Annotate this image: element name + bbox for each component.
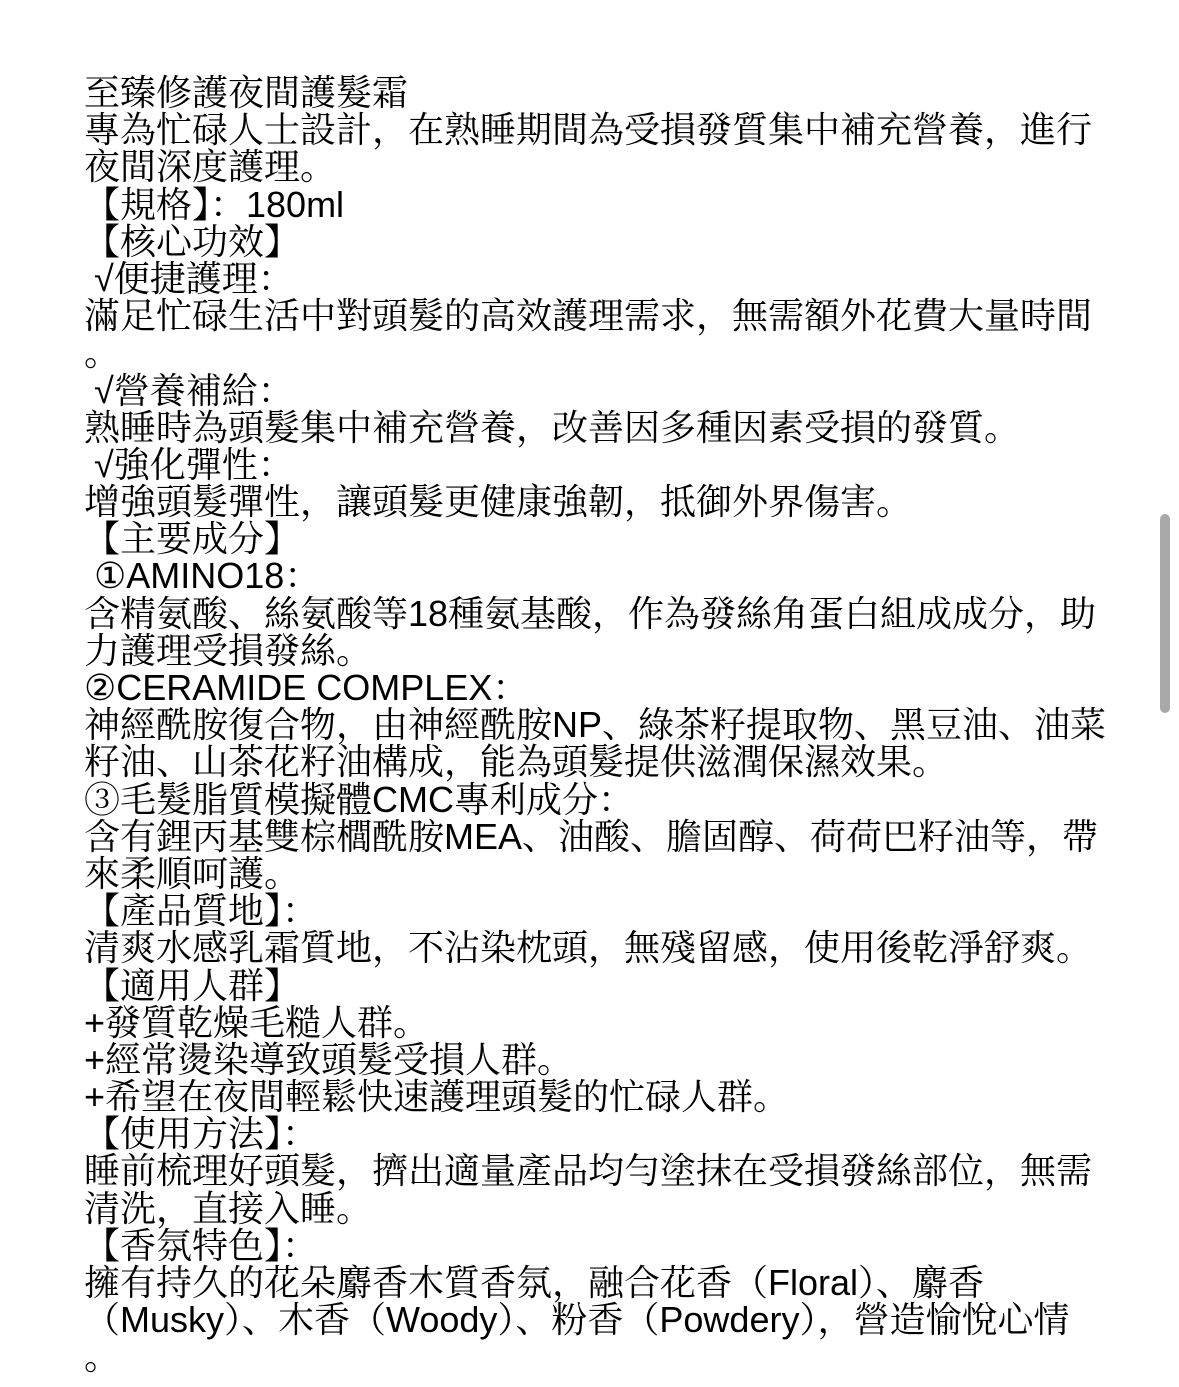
- text-line: 【適用人群】: [84, 967, 1129, 1004]
- text-line: 清爽水感乳霜質地，不沾染枕頭，無殘留感，使用後乾淨舒爽。: [84, 929, 1129, 966]
- product-description-page: 至臻修護夜間護髮霜專為忙碌人士設計，在熟睡期間為受損發質集中補充營養，進行夜間深…: [0, 0, 1179, 1387]
- text-line: 。: [84, 334, 1129, 371]
- text-line: 。: [84, 1338, 1129, 1375]
- text-line: （Musky）、木香（Woody）、粉香（Powdery），營造愉悅心情: [84, 1301, 1129, 1338]
- text-line: 夜間深度護理。: [84, 148, 1129, 185]
- text-line: 【核心功效】: [84, 223, 1129, 260]
- text-line: 至臻修護夜間護髮霜: [84, 74, 1129, 111]
- text-line: 【使用方法】：: [84, 1115, 1129, 1152]
- text-line: √便捷護理：: [84, 260, 1129, 297]
- text-line: 籽油、山茶花籽油構成，能為頭髮提供滋潤保濕效果。: [84, 743, 1129, 780]
- text-line: 神經酰胺復合物，由神經酰胺NP、綠茶籽提取物、黑豆油、油菜: [84, 706, 1129, 743]
- text-line: 增強頭髮彈性，讓頭髮更健康強韌，抵御外界傷害。: [84, 483, 1129, 520]
- text-line: 來柔順呵護。: [84, 855, 1129, 892]
- text-line: ①AMINO18：: [84, 557, 1129, 594]
- text-line: 【主要成分】: [84, 520, 1129, 557]
- text-line: 【規格】：180ml: [84, 186, 1129, 223]
- text-line: ③毛髮脂質模擬體CMC專利成分：: [84, 781, 1129, 818]
- text-line: 熟睡時為頭髮集中補充營養，改善因多種因素受損的發質。: [84, 409, 1129, 446]
- text-line: +希望在夜間輕鬆快速護理頭髮的忙碌人群。: [84, 1078, 1129, 1115]
- text-line: ②CERAMIDE COMPLEX：: [84, 669, 1129, 706]
- text-line: 【香氛特色】：: [84, 1227, 1129, 1264]
- product-description-text: 至臻修護夜間護髮霜專為忙碌人士設計，在熟睡期間為受損發質集中補充營養，進行夜間深…: [84, 74, 1129, 1376]
- text-line: 含有鋰丙基雙棕櫚酰胺MEA、油酸、膽固醇、荷荷巴籽油等，帶: [84, 818, 1129, 855]
- text-line: +發質乾燥毛糙人群。: [84, 1004, 1129, 1041]
- scrollbar-thumb[interactable]: [1160, 514, 1170, 713]
- text-line: √營養補給：: [84, 372, 1129, 409]
- text-line: √強化彈性：: [84, 446, 1129, 483]
- text-line: 專為忙碌人士設計，在熟睡期間為受損發質集中補充營養，進行: [84, 111, 1129, 148]
- text-line: 清洗，直接入睡。: [84, 1190, 1129, 1227]
- text-line: 【產品質地】：: [84, 892, 1129, 929]
- text-line: 含精氨酸、絲氨酸等18種氨基酸，作為發絲角蛋白組成成分，助: [84, 595, 1129, 632]
- text-line: 滿足忙碌生活中對頭髮的高效護理需求，無需額外花費大量時間: [84, 297, 1129, 334]
- text-line: 睡前梳理好頭髮，擠出適量產品均勻塗抹在受損發絲部位，無需: [84, 1152, 1129, 1189]
- text-line: 擁有持久的花朵麝香木質香氛，融合花香（Floral）、麝香: [84, 1264, 1129, 1301]
- text-line: +經常燙染導致頭髮受損人群。: [84, 1041, 1129, 1078]
- text-line: 力護理受損發絲。: [84, 632, 1129, 669]
